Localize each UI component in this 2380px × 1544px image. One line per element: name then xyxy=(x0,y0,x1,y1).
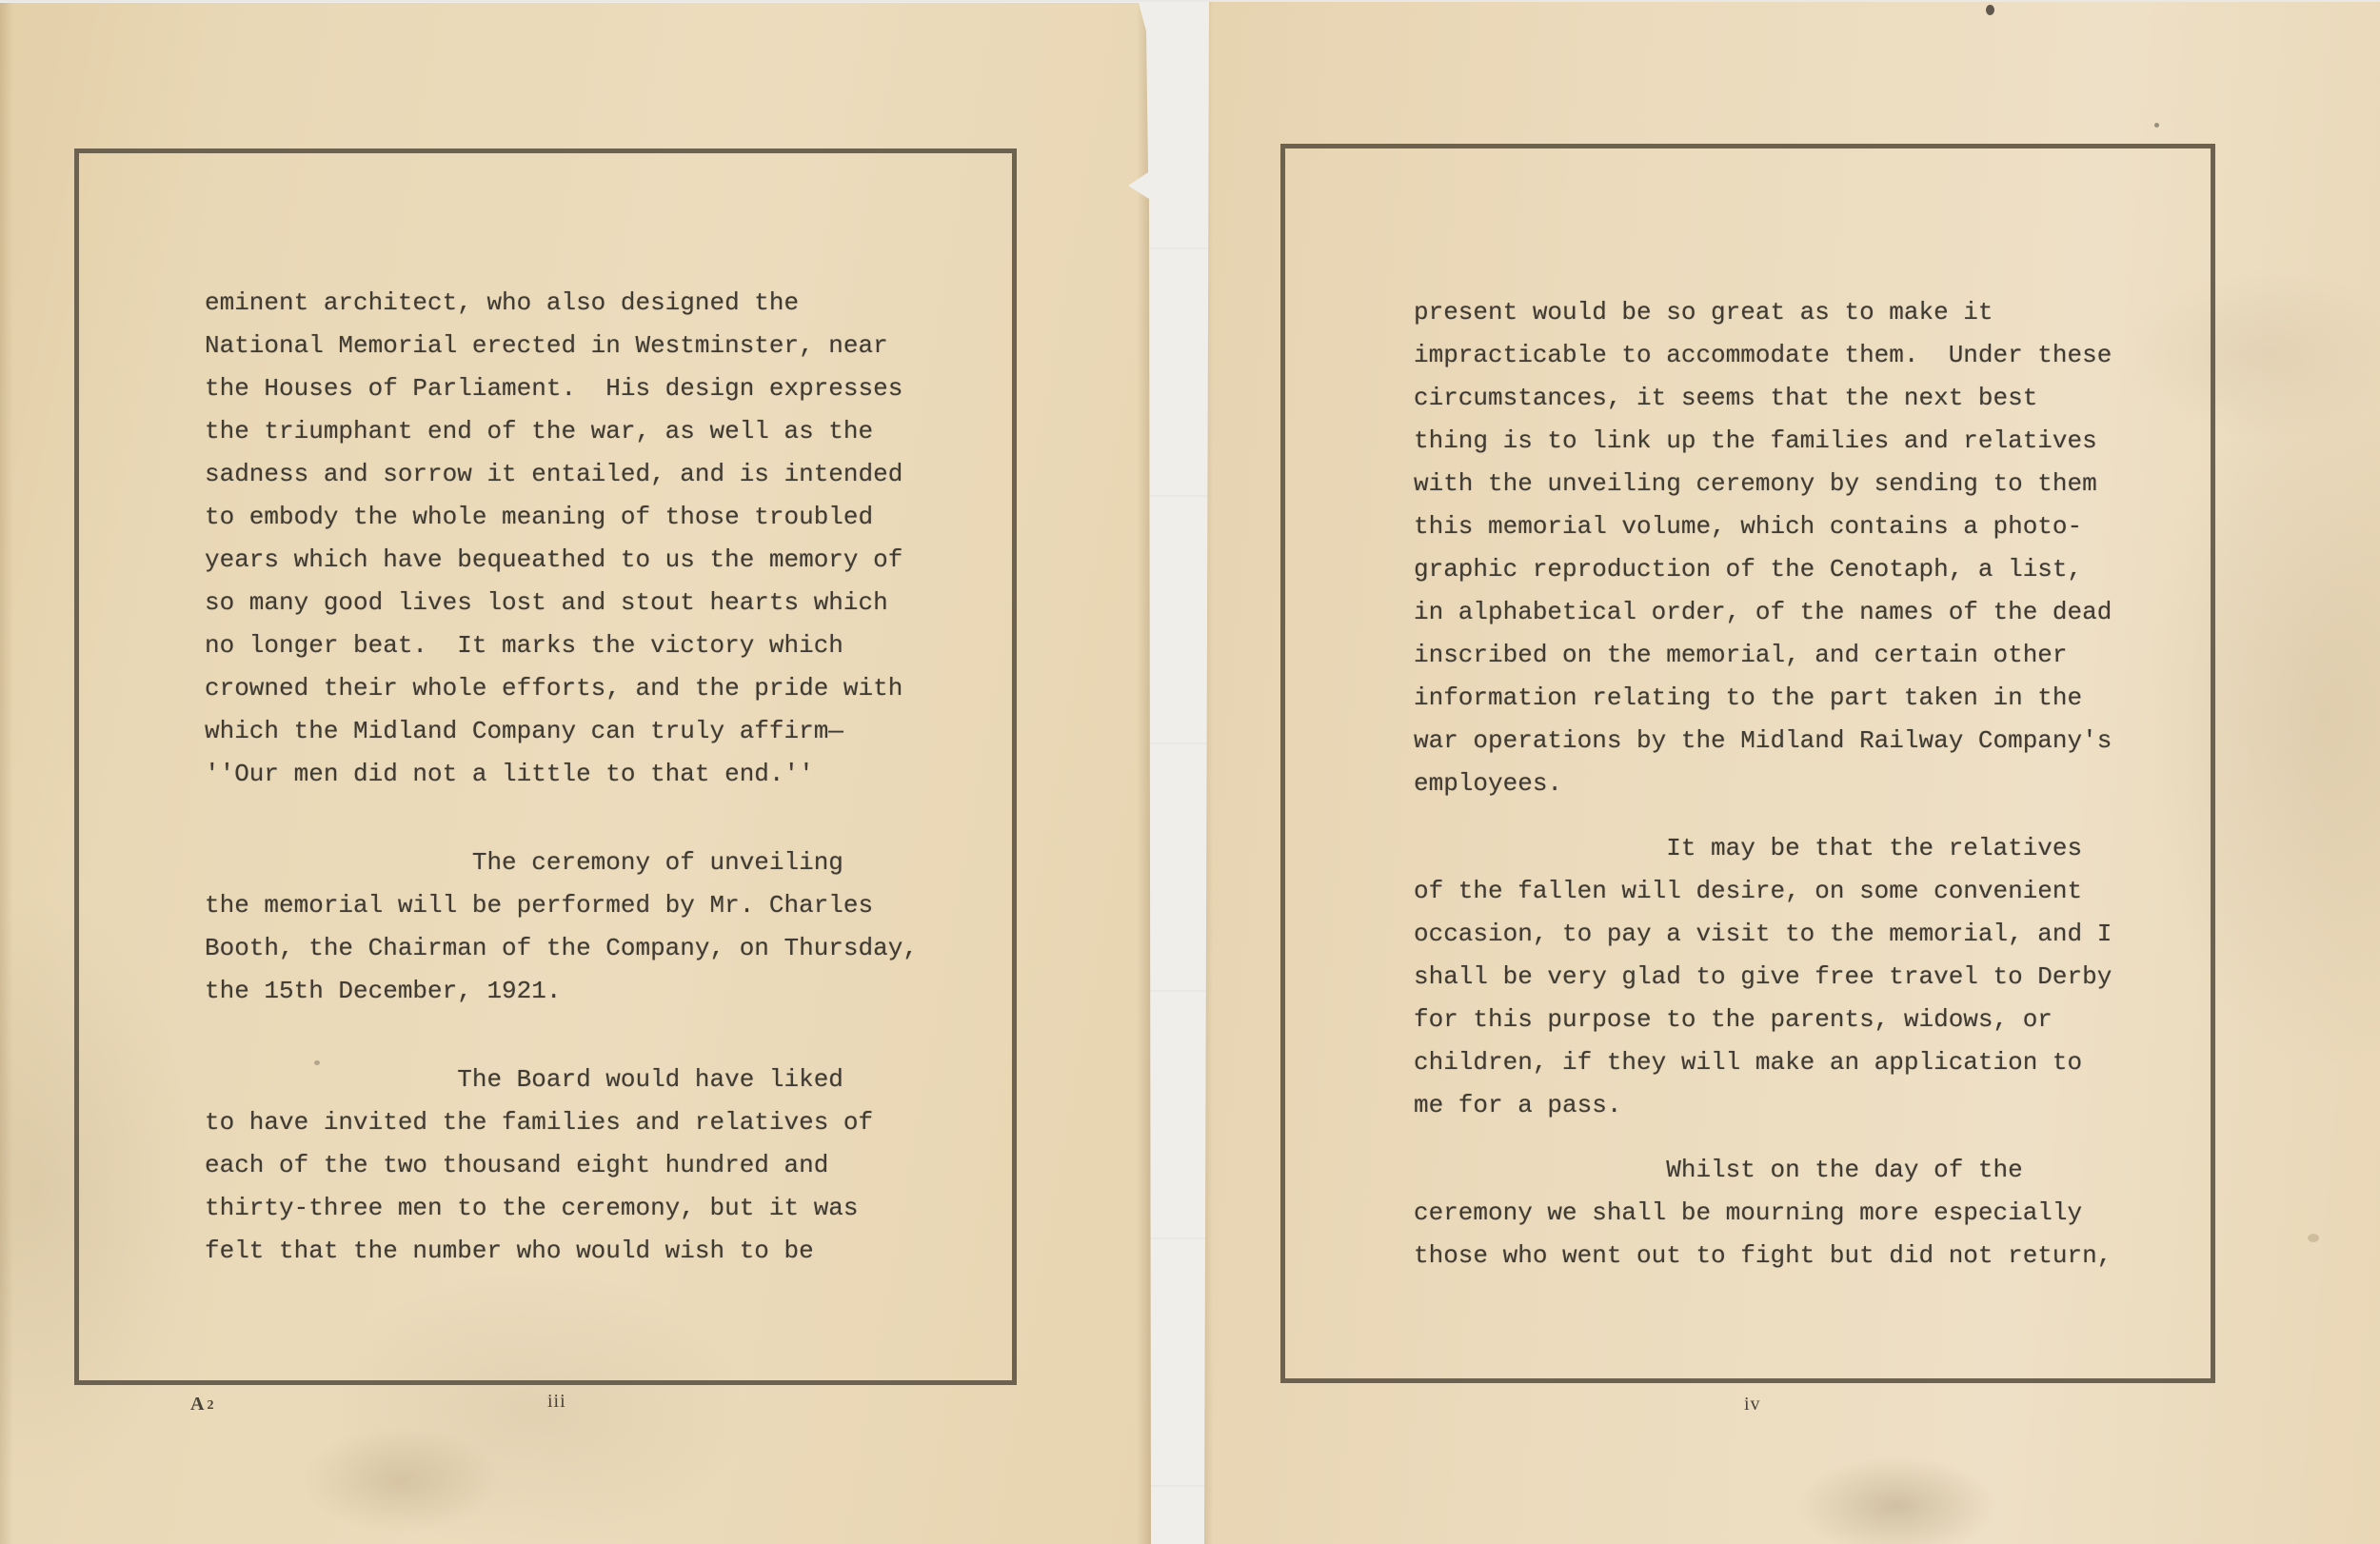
right-paragraph-2: It may be that the relatives of the fall… xyxy=(1414,827,2175,1127)
signature-letter: A xyxy=(190,1394,205,1415)
scanned-book-spread: eminent architect, who also designed the… xyxy=(0,0,2380,1544)
left-paragraph-2: The ceremony of unveiling the memorial w… xyxy=(205,841,966,1013)
left-paragraph-3: The Board would have liked to have invit… xyxy=(205,1059,966,1273)
paper-speck xyxy=(2308,1234,2319,1242)
right-paragraph-3: Whilst on the day of the ceremony we sha… xyxy=(1414,1149,2175,1277)
paper-speck xyxy=(314,1060,320,1065)
paper-speck xyxy=(2154,123,2159,128)
left-page-text: eminent architect, who also designed the… xyxy=(205,282,966,1273)
right-page-text: present would be so great as to make it … xyxy=(1414,291,2175,1277)
left-page-number: iii xyxy=(547,1391,566,1413)
right-page-number: iv xyxy=(1744,1394,1761,1415)
left-paragraph-1: eminent architect, who also designed the… xyxy=(205,282,966,796)
right-paragraph-1: present would be so great as to make it … xyxy=(1414,291,2175,805)
signature-mark: A2 xyxy=(190,1394,214,1415)
signature-digit: 2 xyxy=(207,1398,214,1413)
paper-speck xyxy=(1986,5,1994,15)
